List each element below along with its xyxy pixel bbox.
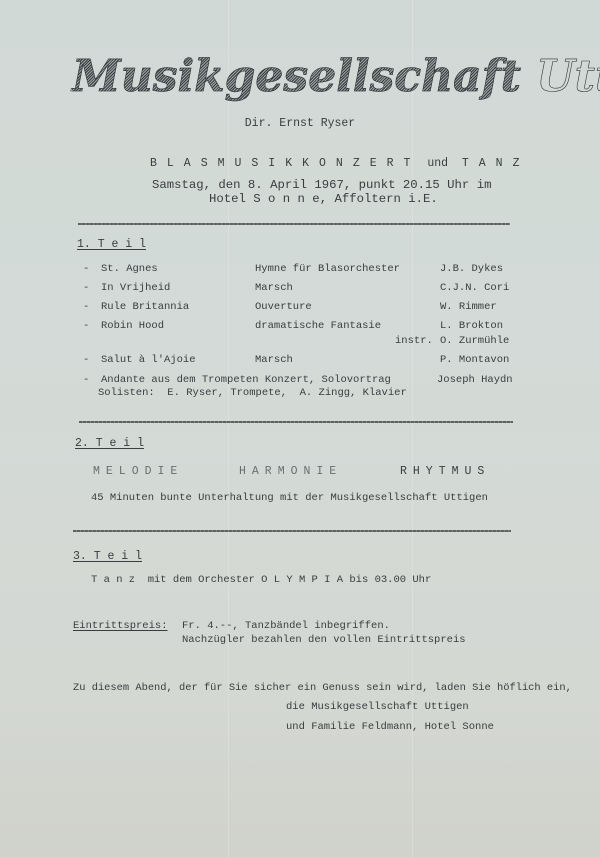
soloists-line: Solisten: E. Ryser, Trompete, A. Zingg, … bbox=[98, 386, 407, 400]
piece-genre: Ouverture bbox=[255, 300, 312, 314]
director-line: Dir. Ernst Ryser bbox=[0, 117, 600, 131]
instr-label: instr. bbox=[395, 334, 433, 348]
section-divider bbox=[79, 421, 513, 423]
motto-rhythm: RHYTMUS bbox=[400, 465, 490, 479]
motto-harmony: HARMONIE bbox=[239, 465, 342, 479]
invitation-line: Zu diesem Abend, der für Sie sicher ein … bbox=[73, 681, 572, 695]
orchestra-name: O L Y M P I A bbox=[261, 574, 343, 586]
part3-heading: 3. T e i l bbox=[73, 550, 142, 564]
paper-background: Musikgesellschaft Uttigen Dir. Ernst Rys… bbox=[0, 0, 600, 857]
piece-composer: P. Montavon bbox=[440, 353, 509, 367]
row-bullet: - bbox=[83, 319, 89, 333]
signature-society: die Musikgesellschaft Uttigen bbox=[286, 700, 469, 714]
event-venue-line: Hotel S o n n e, Affoltern i.E. bbox=[209, 192, 438, 206]
society-title: Musikgesellschaft Uttigen bbox=[72, 52, 528, 102]
part2-description: 45 Minuten bunte Unterhaltung mit der Mu… bbox=[91, 491, 488, 505]
motto-melody: MELODIE bbox=[93, 465, 183, 479]
part3-dance-prefix: T a n z mit dem Orchester bbox=[91, 574, 255, 586]
piece-composer: Joseph Haydn bbox=[437, 373, 513, 387]
piece-title: In Vrijheid bbox=[101, 281, 170, 295]
piece-composer: L. Brokton bbox=[440, 319, 503, 333]
admission-latecomers: Nachzügler bezahlen den vollen Eintritts… bbox=[182, 633, 466, 647]
piece-composer: C.J.N. Cori bbox=[440, 281, 509, 295]
piece-title: St. Agnes bbox=[101, 262, 158, 276]
row-bullet: - bbox=[83, 353, 89, 367]
part2-heading: 2. T e i l bbox=[75, 437, 144, 451]
row-bullet: - bbox=[83, 281, 89, 295]
piece-genre: Marsch bbox=[255, 281, 293, 295]
section-divider bbox=[78, 223, 510, 225]
row-bullet: - bbox=[83, 373, 89, 387]
admission-price: Fr. 4.--, Tanzbändel inbegriffen. bbox=[182, 619, 390, 633]
event-heading-dance: TANZ bbox=[462, 157, 530, 170]
event-heading: BLASMUSIKKONZERT und TANZ bbox=[150, 157, 529, 171]
piece-composer: W. Rimmer bbox=[440, 300, 497, 314]
part3-time: bis 03.00 Uhr bbox=[349, 574, 431, 586]
piece-title: Robin Hood bbox=[101, 319, 164, 333]
part3-line: T a n z mit dem Orchester O L Y M P I A … bbox=[91, 573, 431, 587]
event-heading-concert: BLASMUSIKKONZERT bbox=[150, 157, 420, 170]
row-bullet: - bbox=[83, 262, 89, 276]
row-bullet: - bbox=[83, 300, 89, 314]
piece-genre: Marsch bbox=[255, 353, 293, 367]
piece-arranger: O. Zurmühle bbox=[440, 334, 509, 348]
section-divider bbox=[73, 530, 511, 532]
event-heading-and: und bbox=[427, 157, 448, 170]
piece-title: Salut à l'Ajoie bbox=[101, 353, 196, 367]
event-date-line: Samstag, den 8. April 1967, punkt 20.15 … bbox=[152, 178, 491, 192]
signature-hotel: und Familie Feldmann, Hotel Sonne bbox=[286, 720, 494, 734]
piece-genre: dramatische Fantasie bbox=[255, 319, 381, 333]
piece-genre: Hymne für Blasorchester bbox=[255, 262, 400, 276]
part1-heading: 1. T e i l bbox=[77, 238, 146, 252]
piece-composer: J.B. Dykes bbox=[440, 262, 503, 276]
admission-label: Eintrittspreis: bbox=[73, 619, 168, 633]
piece-title: Rule Britannia bbox=[101, 300, 189, 314]
piece-title: Andante aus dem Trompeten Konzert, Solov… bbox=[101, 373, 391, 387]
